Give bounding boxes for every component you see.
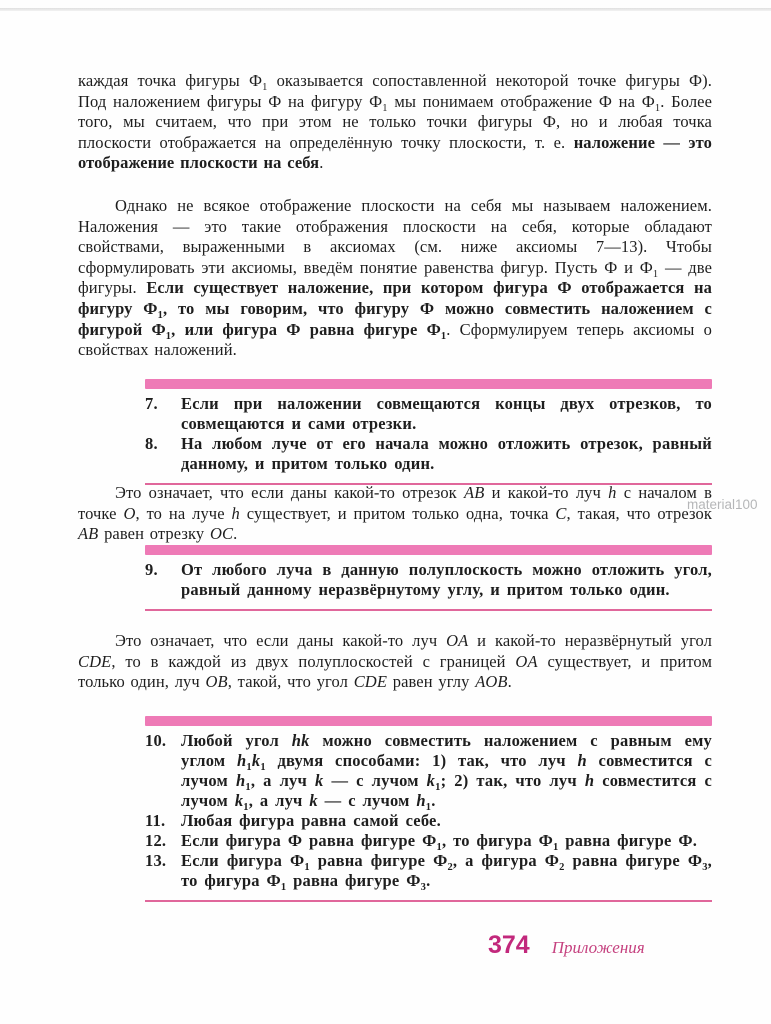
watermark: material100 bbox=[687, 497, 758, 512]
paragraph-intro-naklozhenie: каждая точка фигуры Ф1 оказывается сопос… bbox=[78, 71, 712, 174]
axiom-item-10: 10.Любой угол hk можно совместить наложе… bbox=[145, 731, 712, 811]
axiom-text: Любая фигура равна самой себе. bbox=[181, 811, 712, 831]
axiom-block-9: 9.От любого луча в данную полуплоскость … bbox=[145, 545, 712, 611]
axiom-block-7-8: 7.Если при наложении совмещаются концы д… bbox=[145, 379, 712, 485]
axiom-block-10-13: 10.Любой угол hk можно совместить наложе… bbox=[145, 716, 712, 902]
page-footer: 374 Приложения bbox=[488, 931, 645, 960]
axiom-list: 7.Если при наложении совмещаются концы д… bbox=[145, 389, 712, 485]
paragraph-explanation-angle: Это означает, что если даны какой-то луч… bbox=[78, 631, 712, 693]
axiom-list: 9.От любого луча в данную полуплоскость … bbox=[145, 555, 712, 611]
pink-rule-bar bbox=[145, 545, 712, 555]
axiom-item-9: 9.От любого луча в данную полуплоскость … bbox=[145, 560, 712, 600]
axiom-text: Любой угол hk можно совместить наложение… bbox=[181, 731, 712, 811]
axiom-number: 7. bbox=[145, 394, 181, 434]
axiom-item-8: 8.На любом луче от его начала можно отло… bbox=[145, 434, 712, 474]
axiom-number: 11. bbox=[145, 811, 181, 831]
paragraph-explanation-segment: Это означает, что если даны какой-то отр… bbox=[78, 483, 712, 545]
axiom-number: 8. bbox=[145, 434, 181, 474]
axiom-item-12: 12.Если фигура Ф равна фигуре Ф1, то фиг… bbox=[145, 831, 712, 851]
axiom-item-11: 11.Любая фигура равна самой себе. bbox=[145, 811, 712, 831]
axiom-text: На любом луче от его начала можно отложи… bbox=[181, 434, 712, 474]
axiom-number: 9. bbox=[145, 560, 181, 600]
page-number: 374 bbox=[488, 931, 530, 960]
paragraph-ravenstvo-figur: Однако не всякое отображение плоскости н… bbox=[78, 196, 712, 361]
axiom-item-13: 13.Если фигура Ф1 равна фигуре Ф2, а фиг… bbox=[145, 851, 712, 891]
axiom-text: Если фигура Ф1 равна фигуре Ф2, а фигура… bbox=[181, 851, 712, 891]
axiom-text: От любого луча в данную полуплоскость мо… bbox=[181, 560, 712, 600]
textbook-page: каждая точка фигуры Ф1 оказывается сопос… bbox=[0, 0, 771, 1024]
axiom-number: 13. bbox=[145, 851, 181, 891]
pink-rule-bar bbox=[145, 716, 712, 726]
pink-rule-bar bbox=[145, 379, 712, 389]
axiom-item-7: 7.Если при наложении совмещаются концы д… bbox=[145, 394, 712, 434]
axiom-text: Если фигура Ф равна фигуре Ф1, то фигура… bbox=[181, 831, 712, 851]
axiom-number: 12. bbox=[145, 831, 181, 851]
scan-edge-line bbox=[0, 8, 771, 11]
axiom-number: 10. bbox=[145, 731, 181, 811]
axiom-list: 10.Любой угол hk можно совместить наложе… bbox=[145, 726, 712, 902]
section-label: Приложения bbox=[552, 938, 645, 958]
axiom-text: Если при наложении совмещаются концы дву… bbox=[181, 394, 712, 434]
